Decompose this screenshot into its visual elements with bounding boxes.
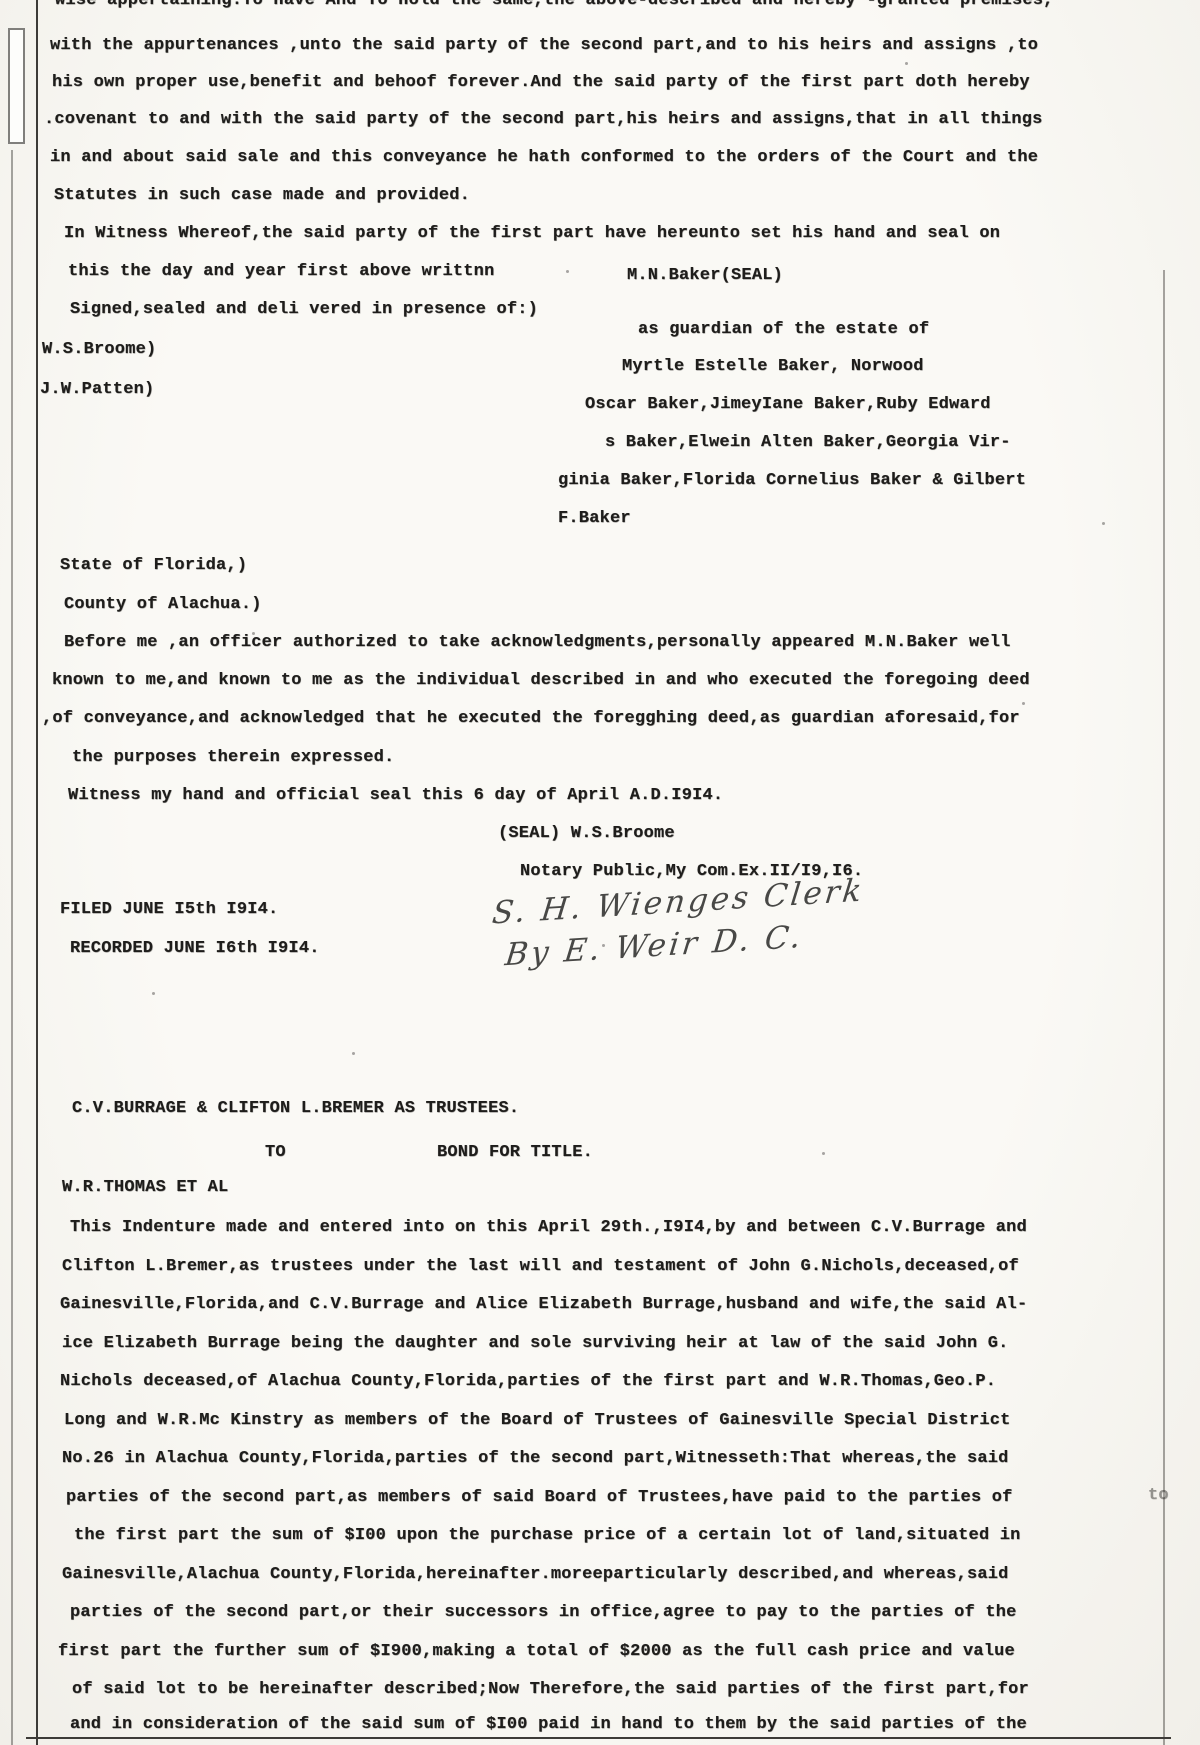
- scan-speck: [152, 992, 155, 995]
- bond-body-line: ice Elizabeth Burrage being the daughter…: [62, 1334, 1009, 1353]
- acknowledgment-line: ,of conveyance,and acknowledged that he …: [42, 709, 1020, 728]
- acknowledgment-line: known to me,and known to me as the indiv…: [52, 671, 1030, 690]
- grantor-signature-line: s Baker,Elwein Alten Baker,Georgia Vir-: [605, 433, 1011, 452]
- bond-body-line: the first part the sum of $I00 upon the …: [74, 1526, 1021, 1545]
- grantor-signature-line: Oscar Baker,JimeyIane Baker,Ruby Edward: [585, 395, 991, 414]
- bond-body-line: Long and W.R.Mc Kinstry as members of th…: [64, 1411, 1011, 1430]
- deed-body-line: his own proper use,benefit and behoof fo…: [52, 73, 1030, 92]
- witness-attestation-line: Signed,sealed and deli vered in presence…: [70, 300, 538, 319]
- grantor-signature-line: Myrtle Estelle Baker, Norwood: [622, 357, 924, 376]
- acknowledgment-line: the purposes therein expressed.: [72, 748, 394, 767]
- clerk-signature-handwritten: S. H. Wienges Clerk: [490, 872, 866, 931]
- bond-body-line: Nichols deceased,of Alachua County,Flori…: [60, 1372, 996, 1391]
- caption-to: TO: [265, 1143, 286, 1162]
- page-edge-rule: [11, 150, 13, 1745]
- scan-speck: [822, 1152, 825, 1155]
- grantor-signature-line: M.N.Baker(SEAL): [627, 266, 783, 285]
- jurat-county-line: County of Alachua.): [64, 595, 262, 614]
- bond-body-line: parties of the second part,as members of…: [66, 1488, 1013, 1507]
- bond-body-line: first part the further sum of $I900,maki…: [58, 1642, 1015, 1661]
- scan-edge-artifact: [8, 28, 25, 144]
- filed-stamp: FILED JUNE I5th I9I4.: [60, 900, 278, 919]
- deed-body-line: wise appertaining.To Have And To Hold th…: [55, 0, 1054, 10]
- witness-signature-line: W.S.Broome): [42, 340, 156, 359]
- scan-speck: [482, 152, 485, 155]
- caption-party-first: C.V.BURRAGE & CLIFTON L.BREMER AS TRUSTE…: [72, 1099, 519, 1118]
- bond-body-line: parties of the second part,or their succ…: [70, 1603, 1017, 1622]
- deed-body-line: with the appurtenances ,unto the said pa…: [50, 36, 1038, 55]
- recorded-stamp: RECORDED JUNE I6th I9I4.: [70, 939, 320, 958]
- grantor-signature-line: as guardian of the estate of: [638, 320, 929, 339]
- caption-instrument-title: BOND FOR TITLE.: [437, 1143, 593, 1162]
- deed-body-line: in and about said sale and this conveyan…: [50, 148, 1038, 167]
- scan-speck: [252, 632, 255, 635]
- deed-body-line: In Witness Whereof,the said party of the…: [64, 224, 1000, 243]
- deed-body-line: this the day and year first above writtn…: [68, 262, 494, 281]
- scan-speck: [566, 270, 569, 273]
- notary-line: (SEAL) W.S.Broome: [498, 824, 675, 843]
- caption-party-second: W.R.THOMAS ET AL: [62, 1178, 228, 1197]
- edge-text-fragment: to: [1148, 1486, 1169, 1505]
- bond-body-line: of said lot to be hereinafter described;…: [72, 1680, 1029, 1699]
- witness-signature-line: J.W.Patten): [40, 380, 154, 399]
- deed-body-line: Statutes in such case made and provided.: [54, 186, 470, 205]
- bottom-rule: [26, 1737, 1171, 1739]
- scan-speck: [905, 62, 908, 65]
- acknowledgment-line: Before me ,an officer authorized to take…: [64, 633, 1011, 652]
- deed-record-page: wise appertaining.To Have And To Hold th…: [0, 0, 1200, 1745]
- scan-speck: [1102, 522, 1105, 525]
- grantor-signature-line: ginia Baker,Florida Cornelius Baker & Gi…: [558, 471, 1026, 490]
- acknowledgment-line: Witness my hand and official seal this 6…: [68, 786, 723, 805]
- right-edge-rule: [1163, 270, 1165, 1745]
- bond-body-line: Gainesville,Florida,and C.V.Burrage and …: [60, 1295, 1027, 1314]
- bond-body-line: No.26 in Alachua County,Florida,parties …: [62, 1449, 1009, 1468]
- scan-speck: [1022, 702, 1025, 705]
- grantor-signature-line: F.Baker: [558, 509, 631, 528]
- scan-speck: [602, 944, 605, 947]
- bond-body-line: Gainesville,Alachua County,Florida,herei…: [62, 1565, 1009, 1584]
- left-margin-rule: [36, 0, 38, 1745]
- deed-body-line: .covenant to and with the said party of …: [44, 110, 1043, 129]
- bond-body-line: Clifton L.Bremer,as trustees under the l…: [62, 1257, 1019, 1276]
- jurat-state-line: State of Florida,): [60, 556, 247, 575]
- scan-speck: [352, 1052, 355, 1055]
- bond-body-line: This Indenture made and entered into on …: [70, 1218, 1027, 1237]
- bond-body-line: and in consideration of the said sum of …: [70, 1715, 1027, 1734]
